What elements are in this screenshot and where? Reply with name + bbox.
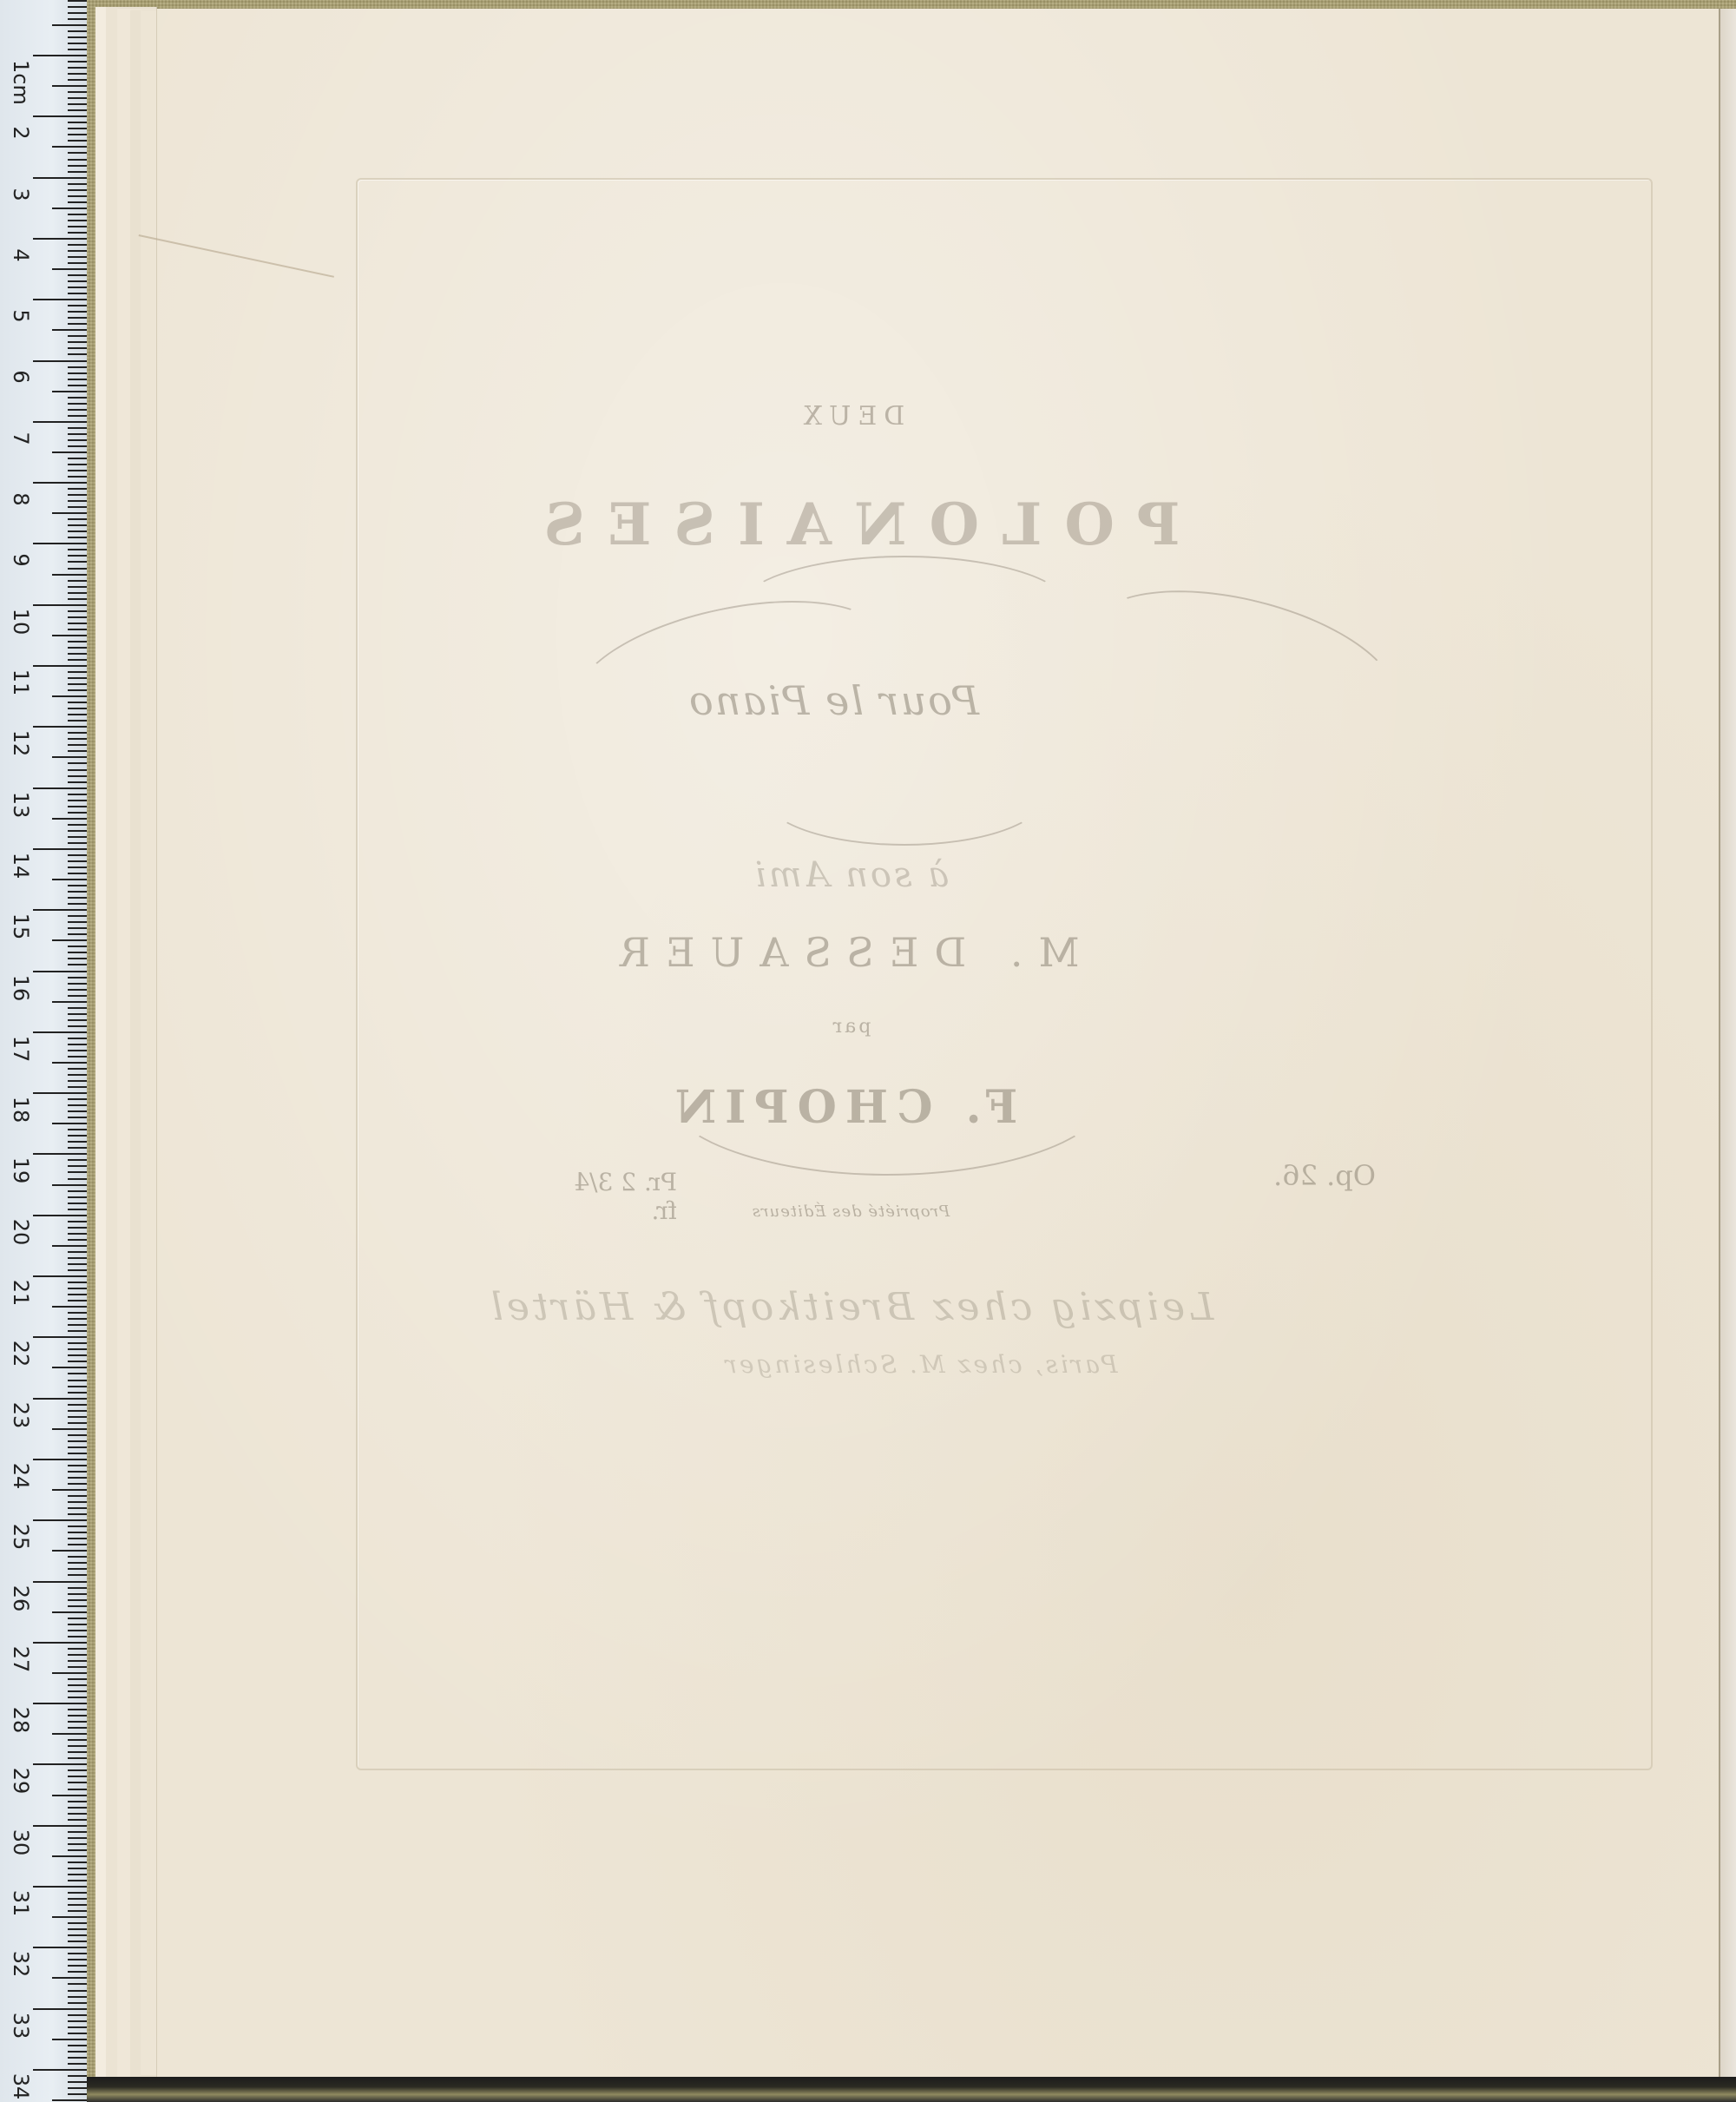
ruler-tick [52, 1672, 87, 1674]
ruler-tick [68, 1990, 87, 1992]
ruler-tick [68, 921, 87, 923]
ruler-tick [68, 1233, 87, 1235]
ruler-tick [68, 629, 87, 630]
ruler-tick [68, 1648, 87, 1650]
ruler-tick [68, 1501, 87, 1503]
ruler-tick [33, 909, 87, 911]
ruler-tick [68, 915, 87, 917]
ruler-tick [52, 1550, 87, 1552]
ruler-tick [68, 1507, 87, 1509]
ruler-tick [68, 641, 87, 642]
ruler-tick [68, 1446, 87, 1448]
ruler-tick [68, 1422, 87, 1424]
ruler-tick [68, 580, 87, 582]
ruler-tick [33, 1398, 87, 1400]
ruler-tick [52, 208, 87, 209]
ruler-tick [52, 1916, 87, 1918]
ruler-tick [33, 1275, 87, 1277]
ruler-tick [68, 1739, 87, 1741]
ruler-tick [52, 268, 87, 270]
ruler-tick [33, 2069, 87, 2071]
ruler-tick [52, 85, 87, 87]
ruler-tick [52, 1977, 87, 1979]
ruler-tick [68, 598, 87, 600]
ruler-tick [52, 1795, 87, 1796]
ruler-tick [68, 0, 87, 2]
ruler-tick [33, 787, 87, 789]
ruler-tick [68, 1953, 87, 1954]
ruler-tick [68, 1477, 87, 1479]
ruler-tick [68, 458, 87, 459]
ruler-tick [68, 1819, 87, 1821]
ruler-tick [52, 391, 87, 392]
ruler-tick [68, 659, 87, 661]
ruler-tick [68, 103, 87, 105]
showthrough-deux: DEUX [0, 401, 1719, 432]
ruler-tick [68, 836, 87, 838]
ruler-tick [68, 1697, 87, 1698]
ruler-tick [68, 1727, 87, 1729]
ruler-tick [33, 726, 87, 728]
ruler-label: 22 [9, 1336, 33, 1371]
ruler-tick [68, 1880, 87, 1881]
ruler-label: 10 [9, 604, 33, 639]
ruler-tick [68, 2002, 87, 2004]
ruler-tick [68, 1849, 87, 1851]
ruler-tick [68, 1380, 87, 1381]
ruler-tick [68, 1574, 87, 1576]
ruler-tick [33, 1581, 87, 1583]
showthrough-publisher: Leipzig chez Breitkopf & Härtel [0, 1285, 1719, 1329]
ruler-label: 25 [9, 1519, 33, 1554]
ruler-tick [68, 159, 87, 161]
ruler-tick [68, 49, 87, 50]
ruler-tick [68, 220, 87, 221]
ruler-tick [68, 1074, 87, 1076]
ruler-tick [68, 1465, 87, 1466]
ruler-tick [68, 470, 87, 471]
ruler-tick [68, 1410, 87, 1412]
ruler-tick [68, 201, 87, 203]
ruler-tick [68, 171, 87, 173]
ruler-tick [68, 1776, 87, 1777]
ruler-tick [68, 232, 87, 234]
ruler-tick [52, 1062, 87, 1064]
ruler-tick [68, 165, 87, 167]
ruler-tick [68, 1525, 87, 1527]
ruler-tick [68, 671, 87, 673]
ruler-tick [68, 2026, 87, 2028]
ruler-tick [68, 647, 87, 649]
ruler-tick [68, 97, 87, 99]
ruler-tick [68, 1782, 87, 1783]
ruler-tick [68, 1831, 87, 1833]
ruler-label: 12 [9, 726, 33, 761]
ruler-tick [68, 1544, 87, 1545]
ruler-tick [68, 305, 87, 306]
ruler-tick [68, 256, 87, 258]
ruler-tick [68, 1709, 87, 1710]
showthrough-dedication: à son Ami [0, 855, 1719, 895]
ruler-tick [68, 1453, 87, 1454]
ruler-tick [68, 250, 87, 252]
ruler-tick [52, 1489, 87, 1491]
showthrough-address: Paris, chez M. Schlesinger [52, 1350, 1736, 1379]
ruler-label: 6 [9, 359, 33, 394]
ruler-tick [68, 781, 87, 783]
ruler-tick [52, 1245, 87, 1247]
ruler-tick [68, 2075, 87, 2077]
ruler-tick [68, 1769, 87, 1771]
ruler-tick [68, 1038, 87, 1039]
ruler-tick [68, 1392, 87, 1394]
ruler-tick [33, 177, 87, 179]
ruler-tick [68, 287, 87, 288]
ruler-tick [68, 610, 87, 612]
ruler-tick [33, 1153, 87, 1155]
ruler-tick [52, 635, 87, 636]
ruler-tick [68, 280, 87, 282]
ruler-tick [68, 2045, 87, 2046]
ruler-tick [68, 464, 87, 465]
ruler-tick [68, 73, 87, 75]
ruler-tick [68, 353, 87, 355]
ruler-label: 31 [9, 1886, 33, 1921]
ruler-tick [68, 1904, 87, 1906]
ruler-tick [68, 2014, 87, 2016]
ruler-tick [68, 2020, 87, 2022]
ruler-tick [68, 1928, 87, 1930]
ruler-tick [68, 341, 87, 343]
ruler-label: 5 [9, 299, 33, 333]
ruler-tick [68, 983, 87, 985]
ruler-tick [68, 1801, 87, 1802]
ruler-tick [68, 122, 87, 123]
ruler-tick [68, 226, 87, 227]
ruler-tick [33, 1886, 87, 1888]
ruler-tick [52, 1428, 87, 1430]
ruler-tick [68, 385, 87, 386]
ruler-tick [68, 140, 87, 142]
ruler-tick [68, 1178, 87, 1180]
ruler-tick [68, 1934, 87, 1936]
ruler-tick [68, 1269, 87, 1271]
ruler-tick [68, 397, 87, 399]
ruler-tick [68, 977, 87, 979]
ruler-tick [68, 1330, 87, 1332]
ruler-tick [68, 1898, 87, 1900]
ruler-tick [68, 335, 87, 337]
ruler-tick [68, 488, 87, 490]
ruler-tick [52, 1733, 87, 1735]
ruler-tick [68, 433, 87, 435]
showthrough-opus: Op. 26. [1254, 1159, 1376, 1192]
ruler-tick [33, 360, 87, 362]
ruler-tick [33, 299, 87, 300]
ruler-tick [68, 1251, 87, 1253]
ruler-tick [68, 43, 87, 44]
ruler-tick [33, 848, 87, 850]
ruler-tick [68, 1007, 87, 1009]
ruler-tick [68, 568, 87, 570]
ruler-tick [68, 830, 87, 832]
showthrough-pour-le-piano: Pour le Piano [0, 677, 1701, 724]
ruler-tick [68, 1678, 87, 1680]
ruler-tick [68, 762, 87, 764]
ruler-label: 3 [9, 177, 33, 212]
measuring-ruler: 1cm2345678910111213141516171819202122232… [0, 0, 88, 2102]
ruler-tick [68, 744, 87, 746]
ruler-tick [33, 604, 87, 606]
ruler-tick [68, 244, 87, 246]
ruler-tick [33, 1459, 87, 1460]
ruler-tick [68, 1013, 87, 1015]
ruler-tick [68, 1666, 87, 1668]
ruler-tick [68, 1684, 87, 1686]
ruler-tick [68, 67, 87, 69]
ruler-tick [68, 152, 87, 154]
ruler-tick [33, 1947, 87, 1948]
ruler-tick [68, 1495, 87, 1497]
ruler-tick [52, 146, 87, 148]
showthrough-dedicatee: M. DESSAUER [0, 929, 1710, 976]
ruler-label: 24 [9, 1459, 33, 1493]
ruler-tick [68, 738, 87, 740]
ruler-tick [68, 1837, 87, 1839]
ruler-tick [68, 732, 87, 734]
ruler-tick [33, 1763, 87, 1765]
ruler-tick [68, 1190, 87, 1192]
ruler-tick [68, 1922, 87, 1924]
ruler-tick [68, 1965, 87, 1967]
ruler-tick [68, 323, 87, 325]
ruler-tick [68, 824, 87, 826]
ruler-tick [68, 1196, 87, 1198]
ruler-tick [68, 1239, 87, 1241]
ruler-tick [68, 1135, 87, 1137]
ruler-tick [68, 1807, 87, 1809]
ruler-tick [68, 1745, 87, 1747]
ruler-tick [68, 1843, 87, 1845]
ruler-tick [52, 574, 87, 576]
ruler-tick [68, 439, 87, 441]
ruler-tick [33, 482, 87, 484]
ruler-tick [68, 379, 87, 380]
ruler-tick [68, 1165, 87, 1167]
ruler-tick [68, 1715, 87, 1717]
ruler-tick [68, 2057, 87, 2059]
ruler-tick [68, 1221, 87, 1222]
ruler-label: 27 [9, 1642, 33, 1677]
ruler-label: 28 [9, 1703, 33, 1737]
ruler-tick [68, 195, 87, 197]
ruler-tick [68, 1721, 87, 1723]
ruler-tick [68, 445, 87, 447]
ruler-tick [68, 1434, 87, 1436]
ruler-tick [68, 1562, 87, 1564]
ruler-tick [68, 1513, 87, 1515]
ruler-tick [52, 329, 87, 331]
ruler-tick [68, 366, 87, 368]
ruler-tick [68, 1050, 87, 1051]
ruler-tick [68, 30, 87, 32]
ruler-tick [68, 1605, 87, 1607]
ruler-tick [68, 561, 87, 563]
ruler-tick [33, 1703, 87, 1704]
ruler-tick [68, 1874, 87, 1875]
ruler-tick [68, 183, 87, 185]
ruler-tick [68, 134, 87, 135]
ruler-tick [52, 1611, 87, 1613]
ruler-tick [68, 2087, 87, 2089]
ruler-tick [68, 1440, 87, 1442]
ruler-tick [68, 1660, 87, 1662]
ruler-tick [68, 1416, 87, 1418]
ruler-tick [68, 1624, 87, 1625]
ruler-tick [68, 897, 87, 899]
ruler-tick [68, 2081, 87, 2083]
ruler-tick [52, 756, 87, 758]
ruler-tick [68, 1159, 87, 1161]
ruler-tick [68, 616, 87, 618]
ruler-tick [68, 79, 87, 81]
ruler-tick [68, 372, 87, 374]
ruler-label: 23 [9, 1398, 33, 1433]
ruler-tick [68, 1941, 87, 1942]
showthrough-title: POLONAISES [0, 491, 1719, 558]
ruler-tick [68, 812, 87, 814]
ruler-label: 26 [9, 1581, 33, 1616]
flourish-ornament [764, 747, 1045, 846]
ruler-tick [33, 2008, 87, 2010]
ruler-tick [68, 1599, 87, 1601]
ruler-tick [68, 995, 87, 997]
ruler-label: 19 [9, 1153, 33, 1188]
ruler-tick [52, 818, 87, 820]
ruler-tick [52, 24, 87, 26]
ruler-tick [68, 6, 87, 8]
ruler-tick [52, 451, 87, 453]
ruler-tick [68, 1141, 87, 1143]
ruler-tick [68, 1636, 87, 1637]
ruler-label: 29 [9, 1763, 33, 1798]
ruler-tick [68, 1959, 87, 1960]
ruler-tick [52, 1001, 87, 1003]
ruler-tick [68, 317, 87, 319]
ruler-tick [68, 293, 87, 294]
ruler-tick [68, 61, 87, 63]
ruler-tick [68, 109, 87, 111]
showthrough-propriete: Propriété des Éditeurs [0, 1203, 1719, 1221]
ruler-tick [68, 1257, 87, 1259]
ruler-tick [68, 1996, 87, 1998]
ruler-tick [68, 903, 87, 905]
ruler-tick [68, 1587, 87, 1589]
ruler-label: 13 [9, 787, 33, 822]
ruler-tick [68, 1861, 87, 1863]
ruler-tick [68, 214, 87, 215]
ruler-tick [68, 623, 87, 624]
ruler-tick [68, 12, 87, 14]
ruler-tick [68, 592, 87, 594]
ruler-tick [68, 1568, 87, 1570]
showthrough-composer: F. CHOPIN [0, 1081, 1710, 1134]
ruler-tick [68, 1757, 87, 1759]
ruler-tick [68, 189, 87, 191]
ruler-tick [68, 1483, 87, 1485]
ruler-tick [68, 1044, 87, 1045]
ruler-tick [33, 55, 87, 56]
ruler-tick [68, 2093, 87, 2095]
ruler-tick [68, 347, 87, 349]
ruler-tick [68, 1171, 87, 1173]
ruler-tick [68, 1983, 87, 1985]
ruler-tick [52, 1184, 87, 1186]
ruler-tick [68, 1910, 87, 1912]
ruler-tick [68, 476, 87, 478]
ruler-tick [33, 115, 87, 117]
showthrough-par: par [0, 1016, 1719, 1038]
ruler-tick [68, 1593, 87, 1595]
ruler-tick [68, 1342, 87, 1344]
ruler-tick [33, 1642, 87, 1644]
ruler-tick [68, 1630, 87, 1631]
ruler-tick [68, 800, 87, 801]
ruler-tick [52, 2039, 87, 2040]
ruler-tick [68, 1532, 87, 1533]
page-stack-edge [141, 10, 157, 2075]
ruler-tick [68, 1386, 87, 1387]
ruler-tick [68, 2033, 87, 2034]
ruler-tick [68, 806, 87, 807]
ruler-tick [68, 2063, 87, 2065]
ruler-tick [68, 1654, 87, 1656]
ruler-tick [68, 653, 87, 655]
ruler-tick [68, 1227, 87, 1229]
ruler-tick [68, 1263, 87, 1265]
ruler-tick [68, 91, 87, 93]
flourish-ornament [738, 556, 1071, 663]
cover-bottom-edge [87, 2077, 1736, 2102]
ruler-tick [68, 1056, 87, 1058]
ruler-label: 2 [9, 115, 33, 150]
ruler-tick [68, 1556, 87, 1558]
ruler-tick [68, 1789, 87, 1790]
ruler-tick [68, 750, 87, 752]
ruler-tick [68, 1690, 87, 1692]
ruler-tick [68, 989, 87, 991]
ruler-tick [68, 775, 87, 777]
ruler-tick [68, 586, 87, 588]
ruler-tick [33, 1336, 87, 1338]
ruler-tick [68, 1892, 87, 1894]
ruler-tick [68, 1538, 87, 1539]
ruler-tick [68, 1813, 87, 1815]
ruler-tick [33, 1519, 87, 1521]
ruler-label: 4 [9, 238, 33, 273]
ruler-tick [68, 1068, 87, 1070]
ruler-tick [52, 2099, 87, 2101]
ruler-tick [68, 1404, 87, 1406]
ruler-tick [33, 238, 87, 240]
ruler-tick [68, 1282, 87, 1283]
ruler-label: 34 [9, 2069, 33, 2102]
ruler-tick [68, 274, 87, 276]
ruler-tick [68, 1751, 87, 1753]
ruler-tick [68, 1868, 87, 1869]
ruler-tick [68, 842, 87, 844]
ruler-tick [33, 665, 87, 667]
